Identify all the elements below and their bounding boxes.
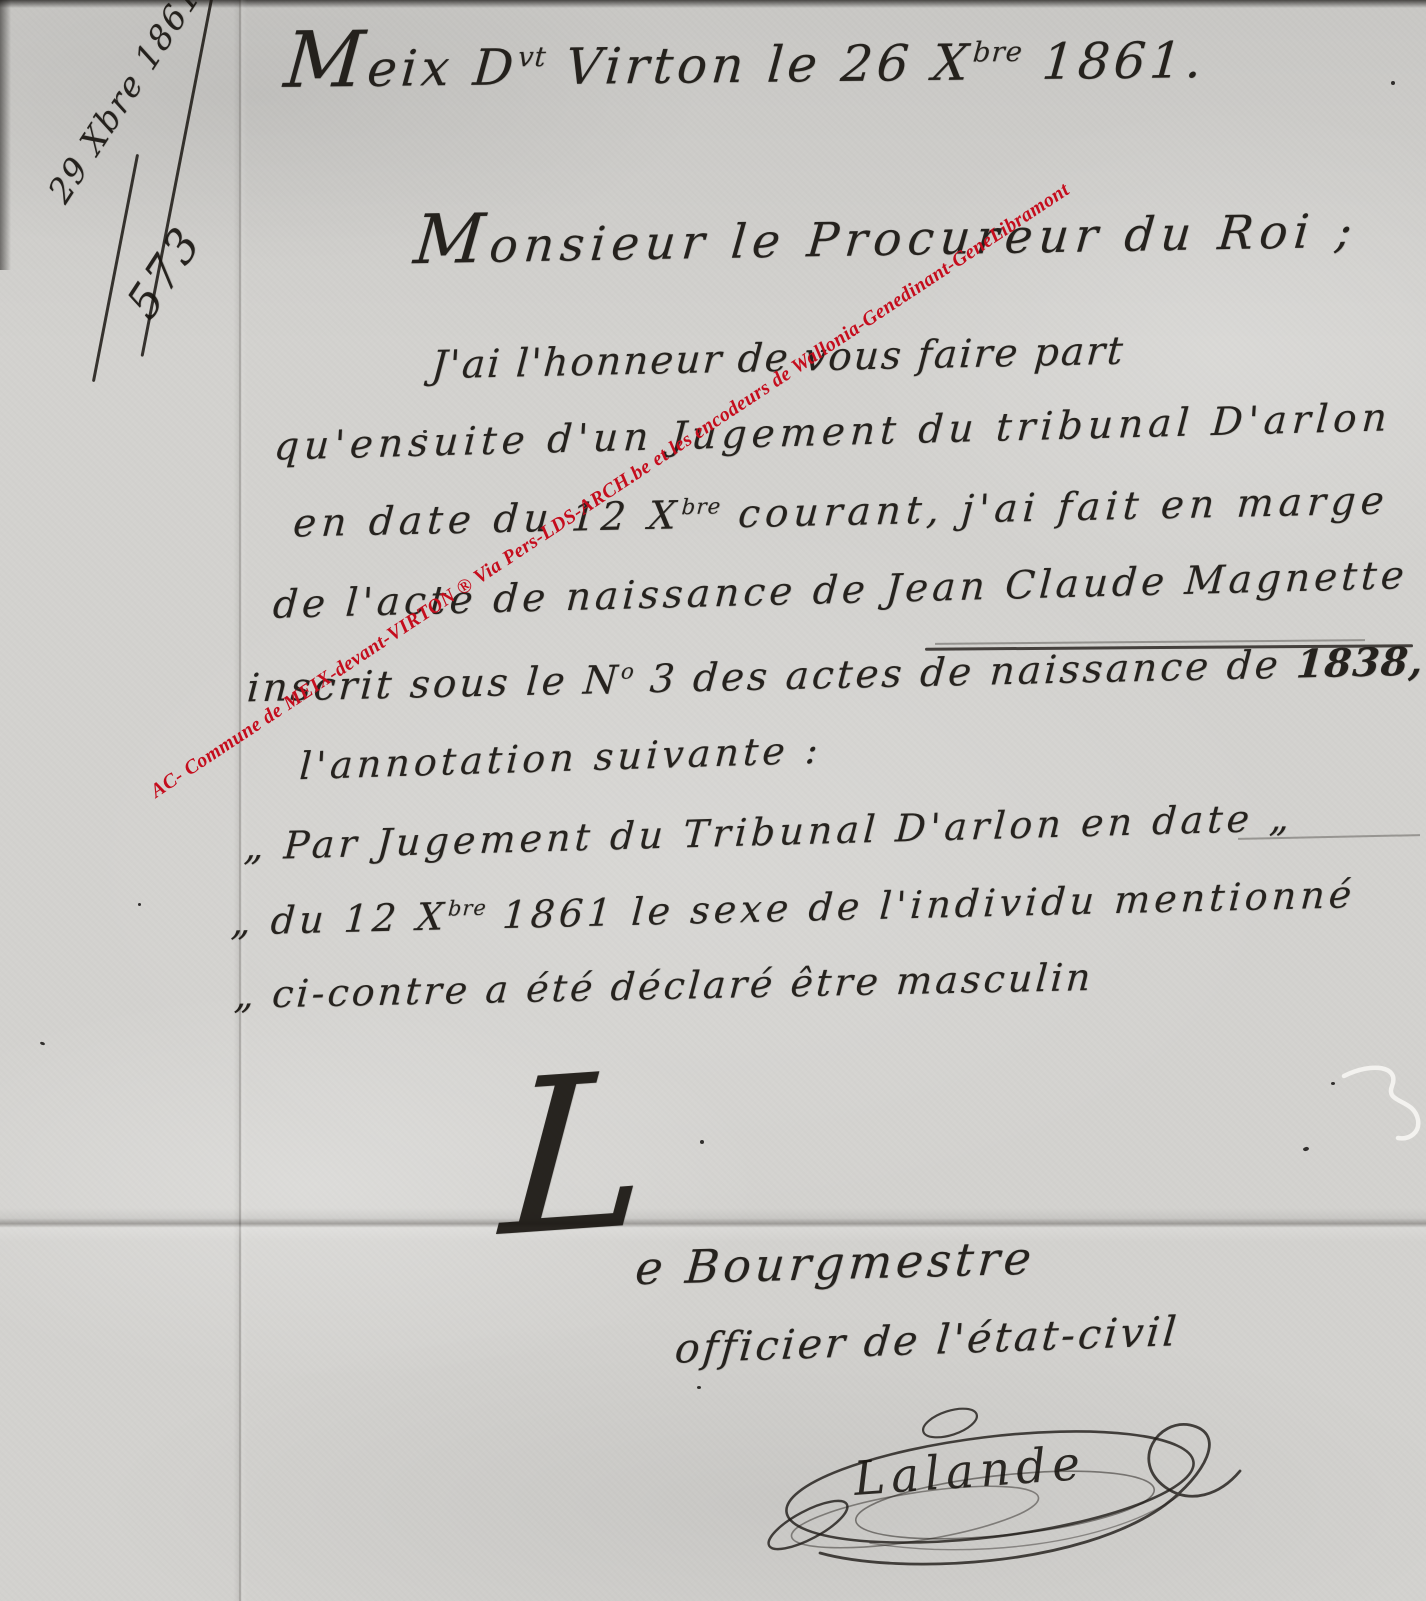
quote-line-1: „ Par Jugement du Tribunal D'arlon en da… bbox=[243, 797, 1295, 868]
signature-flourish: Lalande bbox=[750, 1375, 1290, 1590]
body-line-3: en date du 12 Xbre courant, j'ai fait en… bbox=[292, 481, 1391, 547]
body-line-6: l'annotation suivante : bbox=[298, 730, 823, 788]
scan-left-edge-shadow bbox=[0, 0, 11, 270]
dateline-place: Meix D bbox=[282, 38, 520, 98]
salutation: Monsieur le Procureur du Roi ; bbox=[411, 188, 1362, 279]
ink-speck bbox=[697, 1386, 701, 1389]
ink-speck bbox=[423, 430, 427, 433]
body-line-4-text: de l'acte de naissance de bbox=[272, 567, 887, 628]
ink-speck bbox=[1391, 81, 1395, 85]
closing-title-officier: officier de l'état-civil bbox=[673, 1309, 1181, 1372]
ink-speck bbox=[1303, 1146, 1310, 1151]
closing-title-bourgmestre: e Bourgmestre bbox=[634, 1233, 1038, 1294]
body-line-3-rest: courant, j'ai fait en marge bbox=[719, 479, 1390, 538]
quote-line-2-rest: 1861 le sexe de l'individu mentionné bbox=[485, 872, 1357, 937]
margin-note-number: 573 bbox=[118, 216, 211, 328]
body-line-3-superscript: bre bbox=[681, 494, 722, 520]
signature-name: Lalande bbox=[851, 1436, 1088, 1507]
margin-note-slash-short bbox=[92, 154, 139, 382]
quote-line-3: „ ci-contre a été déclaré être masculin bbox=[233, 957, 1095, 1017]
quote-line-2-superscript: bre bbox=[447, 896, 487, 921]
record-year: 1838, bbox=[1295, 639, 1425, 688]
vertical-fold-line bbox=[233, 0, 247, 1601]
scanned-letter-page: 29 Xbre 1861 573 Meix Dvt Virton le 26 X… bbox=[0, 0, 1426, 1601]
horizontal-fold-line bbox=[0, 1208, 1426, 1242]
closing-flourish-initial: L bbox=[498, 1053, 655, 1256]
quote-line-2-text: „ du 12 X bbox=[230, 894, 449, 943]
dateline-year: 1861. bbox=[1020, 31, 1208, 91]
signature-block: Lalande bbox=[750, 1375, 1290, 1590]
body-line-2: qu'ensuite d'un Jugement du tribunal D'a… bbox=[273, 397, 1393, 469]
body-line-5: inscrit sous le No 3 des actes de naissa… bbox=[246, 641, 1425, 712]
scan-top-edge-shadow bbox=[0, 0, 1426, 8]
ink-speck bbox=[138, 903, 141, 906]
body-line-5-rest: 3 des actes de naissance de bbox=[633, 643, 1298, 703]
dateline-superscript-2: bre bbox=[972, 36, 1025, 69]
dateline: Meix Dvt Virton le 26 Xbre 1861. bbox=[281, 9, 1209, 104]
body-line-3-text: en date du 12 X bbox=[292, 493, 683, 546]
quote-line-2: „ du 12 Xbre 1861 le sexe de l'individu … bbox=[230, 874, 1357, 943]
dateline-middle: Virton le 26 X bbox=[544, 34, 975, 96]
ink-speck bbox=[40, 1041, 46, 1046]
ink-speck bbox=[700, 1140, 704, 1144]
person-name: Jean Claude Magnette bbox=[884, 553, 1409, 612]
scratch-mark bbox=[1338, 1058, 1426, 1153]
ink-speck bbox=[1331, 1082, 1335, 1085]
margin-note-date: 29 Xbre 1861 bbox=[42, 0, 208, 210]
dateline-superscript-1: vt bbox=[517, 41, 548, 73]
